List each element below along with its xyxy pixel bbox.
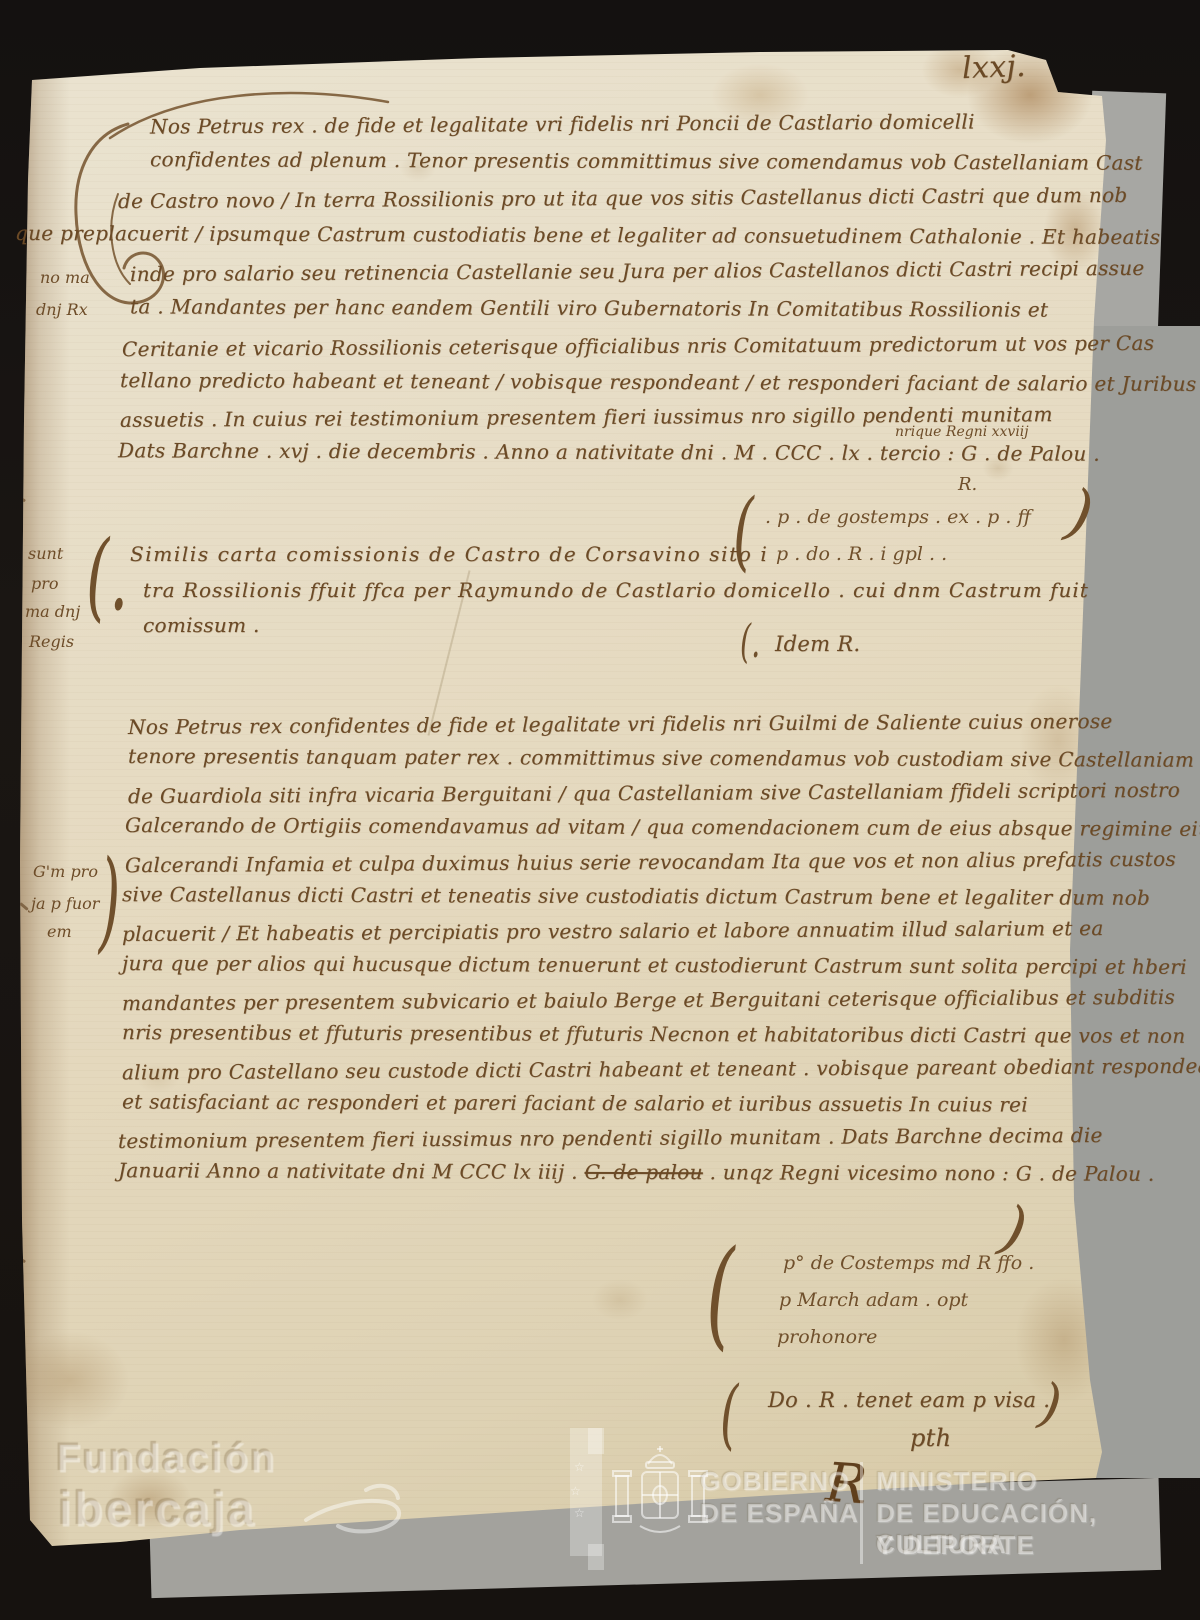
text-line: Galcerando de Ortigiis comendavamus ad v… [125,813,1200,841]
text-segment: Januarii Anno a nativitate dni M CCC lx … [118,1158,585,1184]
chancery-note: p March adam . opt [779,1289,968,1311]
chancery-note: p . do . R . i gpl . . [776,543,947,565]
text-line: Ceritanie et vicario Rossilionis ceteris… [122,331,1154,361]
text-line: confidentes ad plenum . Tenor presentis … [150,147,1143,174]
text-line: comissum . [143,613,260,637]
star-icon: ☆ [574,1460,585,1474]
folio-number: lxxj. [961,49,1026,86]
text-line: tellano predicto habeant et teneant / vo… [120,368,1197,396]
gobierno-watermark-line1: GOBIERNO [700,1466,850,1497]
margin-note: no ma [40,268,90,287]
ibercaja-watermark-line1: Fundación [56,1436,276,1481]
struck-text: G. de palou [584,1160,702,1184]
margin-note: ma dnj [25,602,80,621]
chancery-bracket: ( [706,1234,735,1352]
text-line: Dats Barchne . xvj . die decembris . Ann… [118,438,1100,465]
ink-layer: lxxj. Nos Petrus rex . de fide et legali… [0,0,1200,1620]
margin-note: Regis [29,632,74,651]
text-line: placuerit / Et habeatis et percipiatis p… [122,916,1104,946]
text-segment: . unqz Regni vicesimo nono : G . de Palo… [703,1160,1155,1186]
spain-coat-of-arms-watermark [608,1442,712,1554]
text-line-with-correction: Januarii Anno a nativitate dni M CCC lx … [118,1158,1155,1186]
text-line: Nos Petrus rex confidentes de fide et le… [128,709,1113,739]
ministerio-watermark-line3: Y DEPORTE [876,1530,1035,1561]
visa-note: Do . R . tenet eam p visa . [768,1388,1050,1412]
margin-note: sunt [28,544,63,563]
text-line: tenore presentis tanquam pater rex . com… [128,744,1200,772]
margin-note: ja p fuor [31,894,99,913]
text-line: testimonium presentem fieri iussimus nro… [118,1123,1103,1153]
visa-bracket-open: ( [720,1376,738,1452]
text-line: Nos Petrus rex . de fide et legalitate v… [150,109,975,138]
chancery-note: . p . de gostemps . ex . p . ff [765,506,1031,528]
margin-bracket: ) [99,836,120,964]
ministerio-watermark-line1: MINISTERIO [876,1466,1038,1497]
text-line: de Castro novo / In terra Rossilionis pr… [118,183,1128,213]
text-line: jura que per alios qui hucusque dictum t… [122,951,1187,979]
chancery-note: p° de Costemps md R ffo . [783,1252,1034,1274]
text-line: tra Rossilionis ffuit ffca per Raymundo … [143,578,1089,602]
text-line: nris presentibus et ffuturis presentibus… [122,1020,1186,1048]
text-line: que preplacuerit / ipsumque Castrum cust… [15,221,1160,249]
margin-note: G'm pro [33,862,98,881]
visa-signature: pth [910,1424,951,1452]
idem-note: Idem R. [775,632,860,656]
text-line: alium pro Castellano seu custode dicti C… [122,1054,1200,1085]
paragraph-mark: (. [740,618,760,664]
star-icon: ☆ [570,1484,581,1498]
ibercaja-logo-watermark [298,1468,413,1548]
margin-note: dnj Rx [36,300,88,319]
gobierno-watermark-line2: DE ESPAÑA [700,1498,859,1529]
text-line: inde pro salario seu retinencia Castella… [130,256,1145,286]
text-line: et satisfaciant ac responderi et pareri … [122,1089,1028,1116]
watermark-divider [860,1462,863,1564]
paragraph-mark: (. [86,528,128,624]
ibercaja-watermark-line2: ibercaja [58,1482,255,1537]
text-line: de Guardiola siti infra vicaria Berguita… [128,778,1180,808]
chancery-swash: ) [1061,474,1100,550]
text-line: Galcerandi Infamia et culpa duximus huiu… [125,847,1176,877]
interlinear-addition: nrique Regni xxviij [895,424,1029,440]
chancery-note: prohonore [777,1326,877,1348]
visa-bracket-close: ) [1035,1371,1066,1437]
text-line: ta . Mandantes per hanc eandem Gentili v… [130,294,1048,321]
registration-mark: R. [958,474,977,495]
text-line: Similis carta comissionis de Castro de C… [130,542,768,566]
margin-note: pro [31,574,59,593]
text-line: sive Castellanus dicti Castri et teneati… [122,882,1150,910]
star-icon: ☆ [574,1506,585,1520]
margin-note: em [47,922,72,941]
text-line: mandantes per presentem subvicario et ba… [122,985,1175,1015]
